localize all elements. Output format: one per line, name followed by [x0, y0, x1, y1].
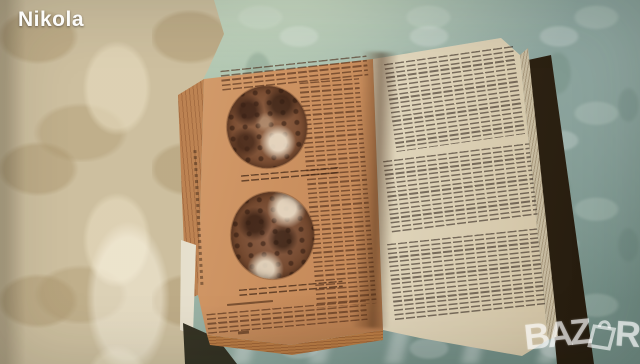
watermark-letters-baz: BAZ [522, 313, 590, 356]
seller-name-label: Nikola [18, 8, 84, 32]
bazar-watermark: BAZ R [524, 316, 639, 354]
listing-photo: Nikola BAZ R [0, 0, 640, 364]
watermark-letter-r: R [614, 315, 639, 353]
